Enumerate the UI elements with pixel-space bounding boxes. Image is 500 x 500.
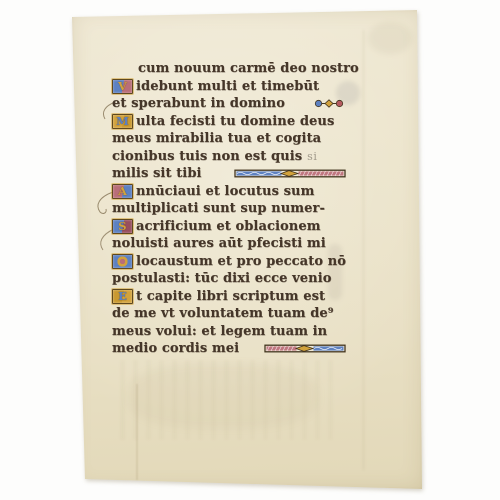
line-filler-ornament — [312, 98, 346, 109]
text-line: S acrificium et oblacionem — [112, 218, 348, 236]
line-text: ulta fecisti tu domine deus — [136, 114, 334, 129]
text-line: cum nouum carmē deo nostro — [112, 60, 348, 78]
line-text: locaustum et pro peccato nō — [136, 254, 346, 269]
line-text: et sperabunt in domino — [112, 96, 285, 111]
illuminated-initial: A — [112, 184, 133, 199]
line-text: de me vt voluntatem tuam de⁹ — [112, 306, 334, 321]
parchment-leaf-wrap: cum nouum carmē deo nostro V idebunt mul… — [70, 8, 424, 491]
line-text: noluisti aures aūt pfecisti mi — [112, 236, 326, 251]
line-text: multiplicati sunt sup numer- — [112, 201, 325, 216]
line-text: t capite libri scriptum est — [136, 289, 325, 304]
illuminated-initial: M — [112, 114, 133, 129]
line-text: cionibus tuis non est quis — [112, 149, 302, 164]
marginal-note: si — [307, 150, 317, 163]
text-line: et sperabunt in domino — [112, 95, 348, 113]
line-text: postulasti: tūc dixi ecce venio — [112, 271, 332, 286]
text-line: medio cordis mei — [112, 340, 348, 358]
text-line: multiplicati sunt sup numer- — [112, 200, 348, 218]
text-line: postulasti: tūc dixi ecce venio — [112, 270, 348, 288]
text-line: cionibus tuis non est quis si — [112, 148, 348, 166]
text-line: meus mirabilia tua et cogita — [112, 130, 348, 148]
illuminated-initial — [112, 254, 133, 269]
text-line: noluisti aures aūt pfecisti mi — [112, 235, 348, 253]
text-line: V idebunt multi et timebūt — [112, 78, 348, 96]
stain — [128, 364, 318, 428]
text-line: A nnūciaui et locutus sum — [112, 183, 348, 201]
illuminated-initial: V — [112, 79, 133, 94]
manuscript-photo: cum nouum carmē deo nostro V idebunt mul… — [0, 0, 500, 500]
verso-showthrough — [120, 360, 340, 440]
stain — [368, 22, 412, 54]
text-block: cum nouum carmē deo nostro V idebunt mul… — [112, 60, 348, 358]
line-filler-ornament — [234, 168, 346, 179]
line-text: meus volui: et legem tuam in — [112, 324, 327, 339]
crease-line — [136, 384, 138, 480]
line-text: cum nouum carmē deo nostro — [138, 61, 359, 76]
illuminated-initial: E — [112, 289, 133, 304]
line-text: meus mirabilia tua et cogita — [112, 131, 321, 146]
line-text: medio cordis mei — [112, 341, 239, 356]
text-line: milis sit tibi — [112, 165, 348, 183]
text-line: locaustum et pro peccato nō — [112, 253, 348, 271]
crease-line — [362, 30, 365, 470]
parchment-leaf: cum nouum carmē deo nostro V idebunt mul… — [70, 8, 424, 491]
line-text: idebunt multi et timebūt — [136, 79, 319, 94]
illuminated-initial: S — [112, 219, 133, 234]
line-text: acrificium et oblacionem — [136, 219, 321, 234]
line-text: milis sit tibi — [112, 166, 202, 181]
text-line: meus volui: et legem tuam in — [112, 323, 348, 341]
text-line: de me vt voluntatem tuam de⁹ — [112, 305, 348, 323]
line-filler-ornament — [264, 343, 346, 354]
text-line: E t capite libri scriptum est — [112, 288, 348, 306]
text-line: M ulta fecisti tu domine deus — [112, 113, 348, 131]
line-text: nnūciaui et locutus sum — [136, 184, 314, 199]
